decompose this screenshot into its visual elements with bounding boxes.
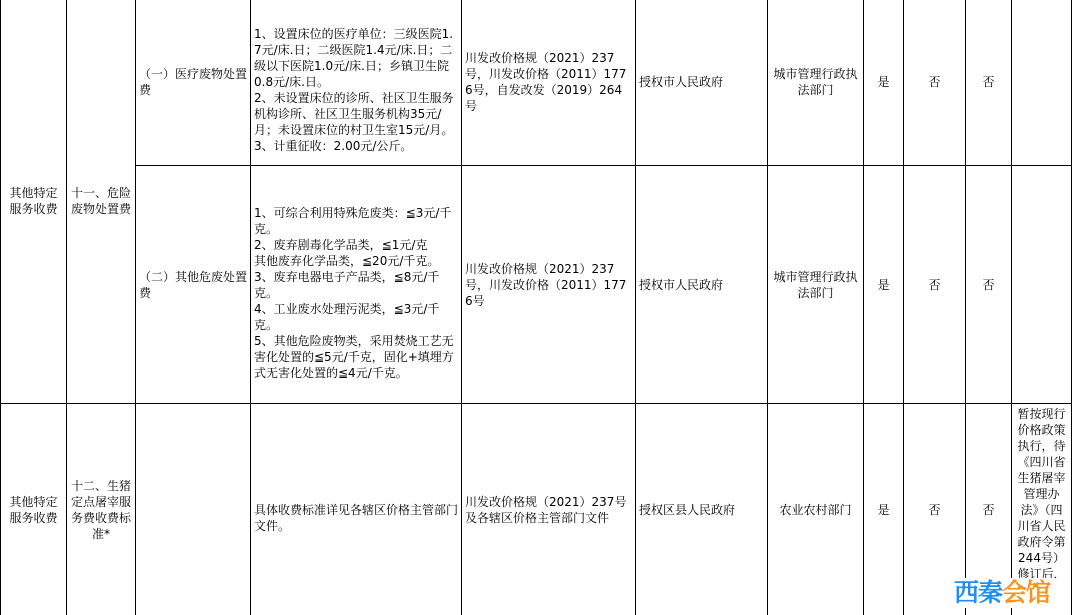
authority-cell: 授权市人民政府 xyxy=(636,166,768,404)
authority-cell: 授权市人民政府 xyxy=(636,0,768,166)
sub-item-name: （一）医疗废物处置费 xyxy=(139,67,247,97)
standard-cell: 1、可综合利用特殊危废类：≦3元/千克。 2、废弃剧毒化学品类，≦1元/克 其他… xyxy=(251,166,462,404)
col-a-cell: 是 xyxy=(864,0,904,166)
col-c-cell: 否 xyxy=(966,166,1012,404)
col-a-value: 是 xyxy=(877,75,889,89)
standard-cell: 具体收费标准详见各辖区价格主管部门文件。 xyxy=(251,404,462,615)
category-text: 其他特定服务收费 xyxy=(9,495,57,525)
sub-item-name: （二）其他危废处置费 xyxy=(139,270,247,300)
standard-text: 1、设置床位的医疗单位：三级医院1.7元/床.日；二级医院1.4元/床.日；二级… xyxy=(254,27,454,153)
basis-cell: 川发改价格规（2021）237号及各辖区价格主管部门文件 xyxy=(462,404,636,615)
standard-cell: 1、设置床位的医疗单位：三级医院1.7元/床.日；二级医院1.4元/床.日；二级… xyxy=(251,0,462,166)
authority-text: 授权市人民政府 xyxy=(639,75,723,89)
col-c-value: 否 xyxy=(982,503,994,517)
col-a-value: 是 xyxy=(877,503,889,517)
department-text: 城市管理行政执法部门 xyxy=(773,67,857,97)
authority-cell: 授权区县人民政府 xyxy=(636,404,768,615)
col-b-value: 否 xyxy=(928,278,940,292)
category-text: 其他特定服务收费 xyxy=(9,186,57,216)
fee-table: 其他特定服务收费 十一、危险废物处置费 （一）医疗废物处置费 1、设置床位的医疗… xyxy=(0,0,1072,615)
basis-text: 川发改价格规（2021）237号，川发改价格（2011）1776号 xyxy=(465,262,626,308)
col-a-cell: 是 xyxy=(864,166,904,404)
category-cell: 其他特定服务收费 xyxy=(1,0,67,404)
department-cell: 农业农村部门 xyxy=(768,404,864,615)
col-c-cell: 否 xyxy=(966,0,1012,166)
item-cell: 十二、生猪定点屠宰服务费收费标准* xyxy=(67,404,136,615)
department-cell: 城市管理行政执法部门 xyxy=(768,166,864,404)
watermark-part2: 会馆 xyxy=(1002,578,1050,608)
col-b-cell: 否 xyxy=(904,0,966,166)
item-text: 十一、危险废物处置费 xyxy=(71,186,131,216)
col-c-value: 否 xyxy=(982,75,994,89)
remark-text: 暂按现行价格政策执行，待《四川省生猪屠宰管理办法》（四川省人民政府令第244号）… xyxy=(1017,407,1065,581)
col-a-cell: 是 xyxy=(864,404,904,615)
col-c-value: 否 xyxy=(982,278,994,292)
sub-item-name-cell xyxy=(136,404,251,615)
table-row: 其他特定服务收费 十一、危险废物处置费 （一）医疗废物处置费 1、设置床位的医疗… xyxy=(1,0,1072,166)
standard-text: 1、可综合利用特殊危废类：≦3元/千克。 2、废弃剧毒化学品类，≦1元/克 其他… xyxy=(254,206,454,380)
basis-cell: 川发改价格规（2021）237号，川发改价格（2011）1776号，自发改发（2… xyxy=(462,0,636,166)
department-text: 农业农村部门 xyxy=(779,503,851,517)
sub-item-name-cell: （一）医疗废物处置费 xyxy=(136,0,251,166)
basis-text: 川发改价格规（2021）237号及各辖区价格主管部门文件 xyxy=(465,495,626,525)
remark-cell xyxy=(1012,0,1072,166)
remark-cell xyxy=(1012,166,1072,404)
basis-text: 川发改价格规（2021）237号，川发改价格（2011）1776号，自发改发（2… xyxy=(465,51,626,113)
sub-item-name-cell: （二）其他危废处置费 xyxy=(136,166,251,404)
standard-text: 具体收费标准详见各辖区价格主管部门文件。 xyxy=(254,503,458,533)
basis-cell: 川发改价格规（2021）237号，川发改价格（2011）1776号 xyxy=(462,166,636,404)
category-cell: 其他特定服务收费 xyxy=(1,404,67,615)
col-a-value: 是 xyxy=(877,278,889,292)
watermark-logo: 西秦会馆 xyxy=(938,578,1066,608)
item-text: 十二、生猪定点屠宰服务费收费标准* xyxy=(71,479,131,541)
department-text: 城市管理行政执法部门 xyxy=(773,270,857,300)
table-row: （二）其他危废处置费 1、可综合利用特殊危废类：≦3元/千克。 2、废弃剧毒化学… xyxy=(1,166,1072,404)
table-row: 其他特定服务收费 十二、生猪定点屠宰服务费收费标准* 具体收费标准详见各辖区价格… xyxy=(1,404,1072,615)
department-cell: 城市管理行政执法部门 xyxy=(768,0,864,166)
authority-text: 授权区县人民政府 xyxy=(639,503,735,517)
col-b-value: 否 xyxy=(928,75,940,89)
col-b-cell: 否 xyxy=(904,166,966,404)
item-cell: 十一、危险废物处置费 xyxy=(67,0,136,404)
col-b-value: 否 xyxy=(928,503,940,517)
authority-text: 授权市人民政府 xyxy=(639,278,723,292)
watermark-part1: 西秦 xyxy=(954,578,1002,608)
